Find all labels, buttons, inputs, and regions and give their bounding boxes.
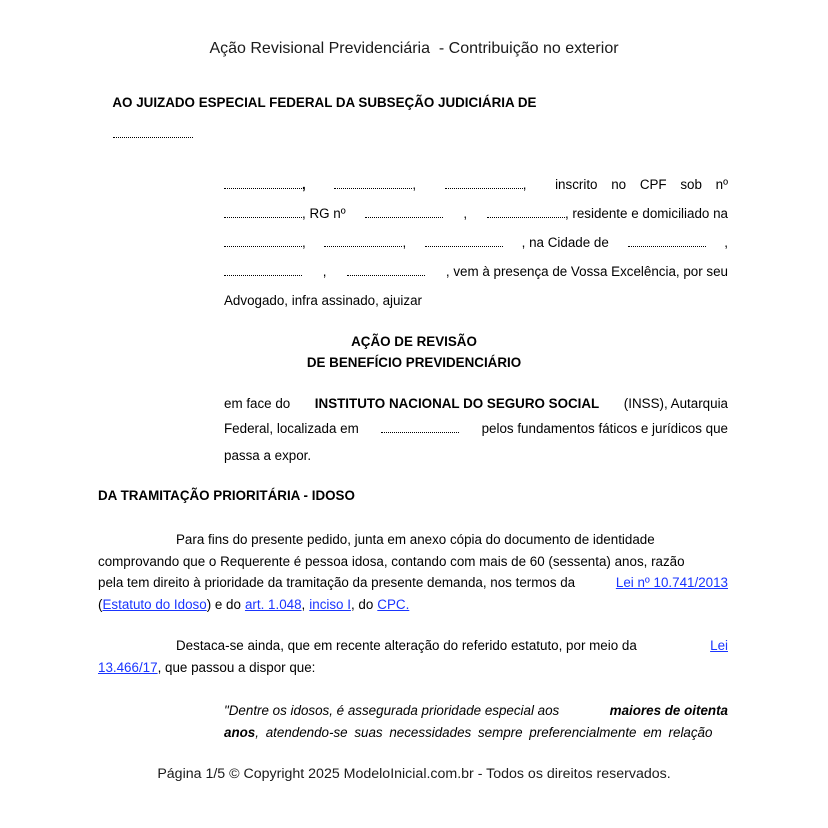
document-title: Ação Revisional Previdenciária - Contrib…: [0, 40, 828, 58]
expose-text: passa a expor.: [224, 441, 311, 470]
page-footer: Página 1/5 © Copyright 2025 ModeloInicia…: [0, 766, 828, 782]
qualification-line-2: , RG nº , , residente e domiciliado na: [224, 199, 728, 228]
blank-field[interactable]: [381, 420, 459, 433]
blank-field[interactable]: [347, 263, 425, 276]
quote-emphasis: maiores de oitenta: [610, 700, 728, 722]
link-lei-13466-part2[interactable]: 13.466/17: [98, 657, 158, 679]
connector-text: , do: [351, 594, 373, 616]
action-title-line-2: DE BENEFÍCIO PREVIDENCIÁRIO: [0, 352, 828, 373]
link-cpc[interactable]: CPC.: [377, 594, 409, 616]
paragraph-line: comprovando que o Requerente é pessoa id…: [98, 551, 728, 573]
paragraph-line: Para fins do presente pedido, junta em a…: [98, 529, 728, 551]
paragraph-line: 13.466/17, que passou a dispor que:: [98, 657, 728, 679]
defendant-line-3: passa a expor.: [224, 441, 728, 470]
paragraph-text: Para fins do presente pedido, junta em a…: [176, 529, 655, 551]
action-title: AÇÃO DE REVISÃO DE BENEFÍCIO PREVIDENCIÁ…: [0, 331, 828, 373]
action-title-line-1: AÇÃO DE REVISÃO: [0, 331, 828, 352]
quote-emphasis: anos: [224, 722, 255, 744]
link-lei-13466-part1[interactable]: Lei: [710, 635, 728, 657]
qualification-line-1: , , , inscrito no CPF sob nº: [224, 170, 728, 199]
presence-text: , vem à presença de Vossa Excelência, po…: [446, 257, 728, 286]
location-label: Federal, localizada em: [224, 416, 359, 441]
defendant-block: em face do INSTITUTO NACIONAL DO SEGURO …: [224, 391, 728, 470]
addressee-text: AO JUIZADO ESPECIAL FEDERAL DA SUBSEÇÃO …: [112, 95, 536, 110]
defendant-prefix: em face do: [224, 391, 290, 416]
blank-field[interactable]: [628, 234, 706, 247]
quote-line: anos, atendendo-se suas necessidades sem…: [224, 722, 728, 744]
paragraph-text: , que passou a dispor que:: [158, 657, 316, 679]
link-lei-10741[interactable]: Lei nº 10.741/2013: [616, 572, 728, 594]
blank-field[interactable]: [224, 234, 302, 247]
qualification-line-5: Advogado, infra assinado, ajuizar: [224, 286, 728, 315]
cpf-label: inscrito no CPF sob nº: [555, 170, 728, 199]
blank-field[interactable]: [445, 176, 523, 189]
addressee-line: AO JUIZADO ESPECIAL FEDERAL DA SUBSEÇÃO …: [98, 80, 536, 156]
quote-line: "Dentre os idosos, é assegurada priorida…: [224, 700, 728, 722]
paragraph-line: pela tem direito à prioridade da tramita…: [98, 572, 728, 594]
grounds-text: pelos fundamentos fáticos e jurídicos qu…: [482, 416, 728, 441]
rg-label: , RG nº: [302, 206, 346, 221]
residence-label: , residente e domiciliado na: [565, 206, 728, 221]
advocate-text: Advogado, infra assinado, ajuizar: [224, 286, 422, 315]
blank-field[interactable]: [224, 176, 302, 189]
qualification-line-3: , , , na Cidade de ,: [224, 228, 728, 257]
defendant-line-1: em face do INSTITUTO NACIONAL DO SEGURO …: [224, 391, 728, 416]
qualification-line-4: , , vem à presença de Vossa Excelência, …: [224, 257, 728, 286]
link-inciso-i[interactable]: inciso I: [309, 594, 351, 616]
quote-text: , atendendo-se suas necessidades sempre …: [255, 722, 712, 744]
link-estatuto-idoso[interactable]: Estatuto do Idoso: [102, 594, 206, 616]
connector-text: ) e do: [207, 594, 241, 616]
defendant-name: INSTITUTO NACIONAL DO SEGURO SOCIAL: [315, 391, 599, 416]
blank-field[interactable]: [224, 205, 302, 218]
blank-field[interactable]: [425, 234, 503, 247]
qualification-block: , , , inscrito no CPF sob nº , RG nº , ,…: [224, 170, 728, 315]
blank-field[interactable]: [324, 234, 402, 247]
legal-quote: "Dentre os idosos, é assegurada priorida…: [224, 700, 728, 743]
defendant-line-2: Federal, localizada em pelos fundamentos…: [224, 416, 728, 441]
paragraph-line: Destaca-se ainda, que em recente alteraç…: [98, 635, 728, 657]
paragraph-line: (Estatuto do Idoso) e doart. 1.048,incis…: [98, 594, 728, 616]
blank-field[interactable]: [487, 205, 565, 218]
paragraph-amendment: Destaca-se ainda, que em recente alteraç…: [98, 635, 728, 678]
paragraph-text: comprovando que o Requerente é pessoa id…: [98, 551, 685, 573]
paragraph-text: Destaca-se ainda, que em recente alteraç…: [176, 635, 637, 657]
paragraph-priority: Para fins do presente pedido, junta em a…: [98, 529, 728, 615]
quote-text: "Dentre os idosos, é assegurada priorida…: [224, 700, 559, 722]
defendant-suffix: (INSS), Autarquia: [624, 391, 728, 416]
link-art-1048[interactable]: art. 1.048: [245, 594, 302, 616]
document-page: Ação Revisional Previdenciária - Contrib…: [0, 0, 828, 828]
blank-field[interactable]: [224, 263, 302, 276]
city-label: , na Cidade de: [522, 228, 609, 257]
blank-field[interactable]: [334, 176, 412, 189]
blank-field[interactable]: [113, 125, 193, 138]
section-heading: DA TRAMITAÇÃO PRIORITÁRIA - IDOSO: [98, 488, 355, 503]
paragraph-text: pela tem direito à prioridade da tramita…: [98, 572, 575, 594]
blank-field[interactable]: [365, 205, 443, 218]
